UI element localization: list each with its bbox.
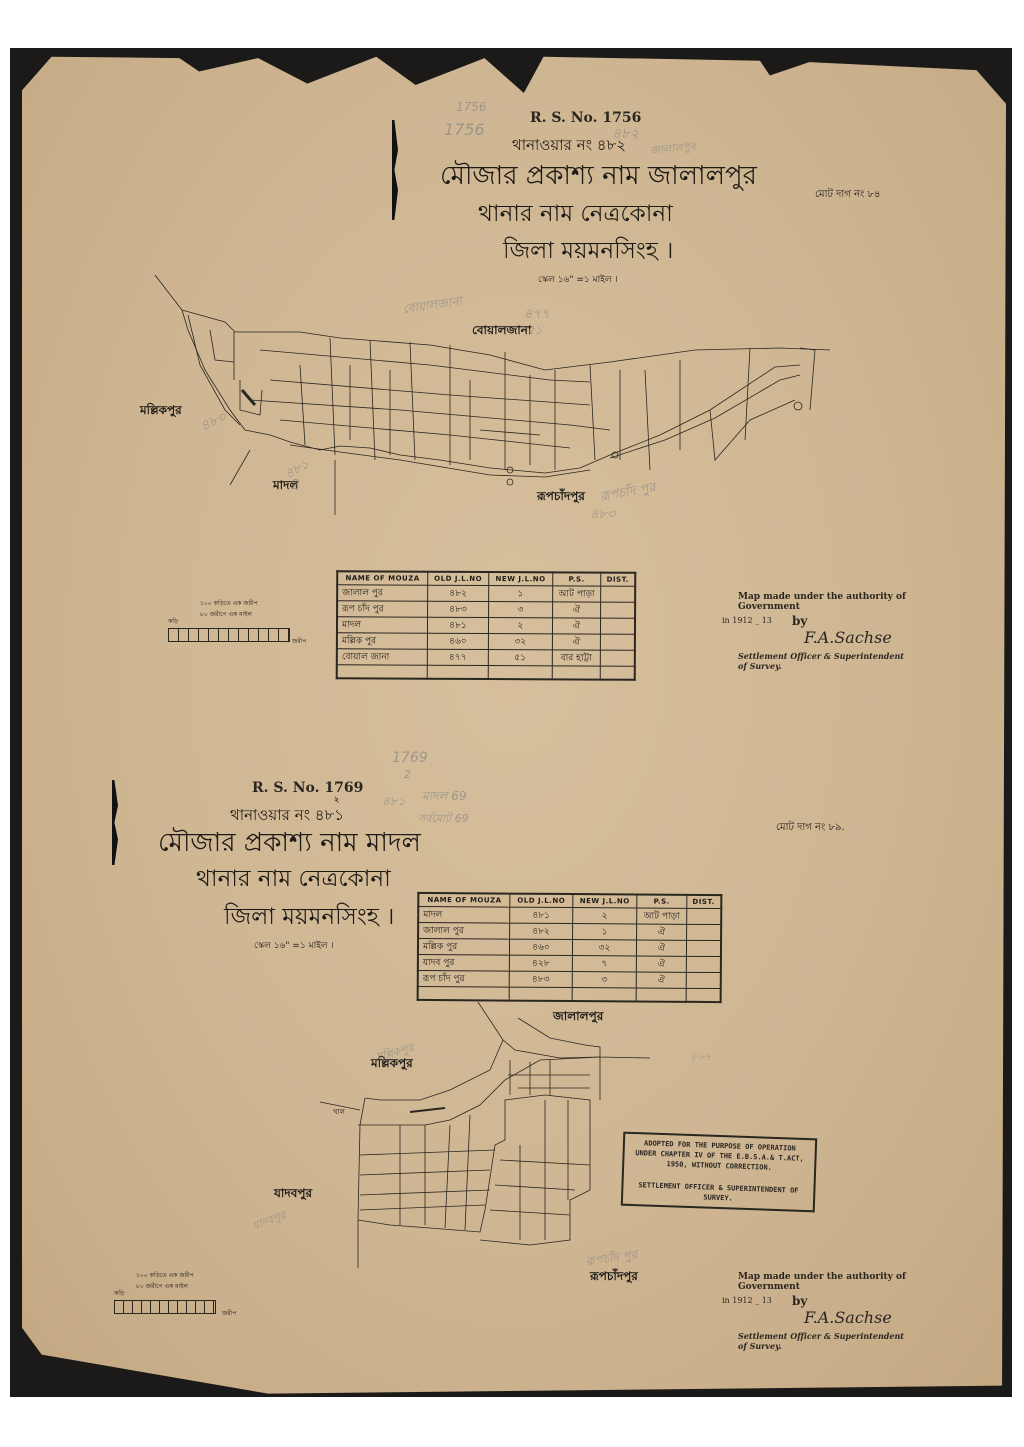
survey-year: in 1912 _ 13 [722,616,772,625]
district-name: জিলা ময়মনসিংহ । [224,898,394,937]
rs-number: R. S. No. 1756 [530,110,641,126]
col-name: NAME OF MOUZA [418,893,510,907]
mouza-name: মৌজার প্রকাশ্য নাম জালালপুর [440,155,757,199]
adoption-stamp: ADOPTED FOR THE PURPOSE OF OPERATION UND… [621,1132,817,1213]
scale-bar: ১০০ কড়িতে এক জরীপ ৮০ জরীপে এক মাইল জরীপ… [114,1270,216,1314]
pencil-note: 2 [291,478,299,493]
scale-line-2: ৮০ জরীপে এক মাইল [136,1281,216,1292]
place-label-south: রূপচাঁদপুর [537,488,585,508]
place-label-north: জালালপুর [553,1008,603,1028]
pencil-note: 1756 [444,120,485,139]
scale-unit-right: জরীপ [222,1308,236,1319]
total-plots: মোট দাগ নং ৮৪ [815,187,880,204]
pencil-note: 2 [404,768,411,781]
by-label: by [792,1294,807,1308]
col-ps: P.S. [637,894,686,908]
table-row: রূপ চাঁদ পুর৪৮৩৩ঐ [418,970,721,988]
table-row: জালাল পুর৪৮২১আট পাড়া [337,585,635,603]
table-row: রূপ চাঁদ পুর৪৮৩৩ঐ [337,601,635,619]
authority-block: Map made under the authority of Governme… [738,1272,908,1351]
col-dist: DIST. [601,573,635,587]
scale-note: স্কেল ১৬" =১ মাইল । [254,938,334,953]
col-new-jl: NEW J.L.NO [489,572,553,586]
col-dist: DIST. [686,895,721,909]
scale-unit-left: কড়ি [114,1288,124,1299]
total-plots: মোট দাগ নং ৮৯. [776,820,845,837]
pencil-note: ৪৮১ [382,793,405,813]
authority-line: Map made under the authority of Governme… [738,592,908,612]
col-old-jl: OLD J.L.NO [427,572,488,586]
table-row [337,665,635,680]
scale-line-2: ৮০ জরীপে এক মাইল [200,609,290,620]
table-row: মাদল৪৮১২ঐ [337,617,635,635]
signature: F.A.Sachse [804,628,908,647]
officer-title: Settlement Officer & Superintendent of S… [738,651,908,671]
mouza-table: NAME OF MOUZA OLD J.L.NO NEW J.L.NO P.S.… [336,570,637,681]
table-row: বোয়াল জানা৪৭৭৫১বার হাট্টা [337,649,635,667]
pencil-note: মাদল 69 [422,788,466,808]
thana-name: থানার নাম নেত্রকোনা [196,860,391,899]
col-ps: P.S. [552,572,601,586]
scale-line-1: ১০০ কড়িতে এক জরীপ [136,1270,216,1281]
pencil-note: 1756 [456,100,487,114]
thana-name: থানার নাম নেত্রকোনা [478,195,673,234]
authority-block: Map made under the authority of Governme… [738,592,908,671]
place-label-west: মল্লিকপুর [140,402,182,422]
survey-year: in 1912 _ 13 [722,1296,772,1305]
scale-unit-right: জরীপ [292,636,306,647]
pencil-note: সর্বমোট 69 [418,810,469,829]
pencil-note: ৫১ [527,322,543,342]
mouza-table: NAME OF MOUZA OLD J.L.NO NEW J.L.NO P.S.… [417,892,723,1003]
scale-unit-left: কড়ি [168,616,178,627]
signature: F.A.Sachse [804,1308,908,1327]
scale-line-1: ১০০ কড়িতে এক জরীপ [200,598,290,609]
pencil-note: ২-৮৭ [690,1050,711,1065]
district-name: জিলা ময়মনসিংহ । [503,232,673,271]
table-row: মল্লিক পুর৪৬০৩২ঐ [337,633,635,651]
cadastral-map-drawing [250,1000,650,1290]
rs-number: R. S. No. 1769 [252,780,363,796]
authority-line: Map made under the authority of Governme… [738,1272,908,1292]
place-label-north: বোয়ালজানা [472,322,531,342]
by-label: by [792,614,807,628]
cadastral-map-drawing [150,270,830,510]
pencil-note: ৪৮৩ [590,505,615,526]
scale-bar: ১০০ কড়িতে এক জরীপ ৮০ জরীপে এক মাইল জরীপ… [168,598,290,642]
col-name: NAME OF MOUZA [337,571,427,585]
col-old-jl: OLD J.L.NO [510,894,572,908]
officer-title: Settlement Officer & Superintendent of S… [738,1331,908,1351]
pencil-note: 1769 [392,750,428,766]
place-label-west: যাদবপুর [274,1185,312,1205]
table-row: জালাল পুর৪৮২১ঐ [418,922,721,940]
col-new-jl: NEW J.L.NO [572,894,637,908]
road-label: খাল [333,1106,345,1118]
